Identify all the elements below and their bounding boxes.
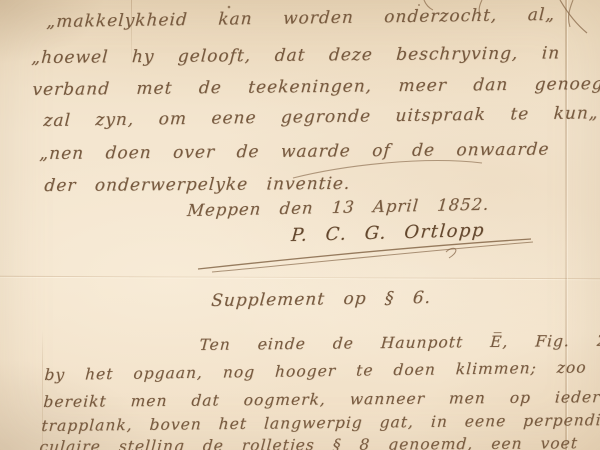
body-line-6: der onderwerpelyke inventie. — [44, 174, 351, 196]
signature: P. C. G. Ortlopp — [290, 220, 485, 246]
supplement-line-5: culaire stelling de rolletjes § 8 genoem… — [39, 434, 579, 450]
section-heading: Supplement op § 6. — [211, 288, 432, 311]
body-line-3: verband met de teekeningen, meer dan gen… — [32, 74, 600, 100]
supplement-line-1: Ten einde de Haunpott E̅, Fig. 2 — [199, 332, 600, 354]
body-line-1: „makkelykheid kan worden onderzocht, al„ — [46, 5, 556, 32]
body-line-4: zal zyn, om eene gegronde uitspraak te k… — [43, 103, 599, 131]
body-line-2: „hoewel hy gelooft, dat deze beschryving… — [31, 43, 561, 68]
supplement-line-3: bereikt men dat oogmerk, wanneer men op … — [43, 388, 600, 411]
body-line-5: „nen doen over de waarde of de onwaarde — [39, 140, 550, 164]
supplement-line-4: trapplank, boven het langwerpig gat, in … — [41, 411, 600, 435]
right-fold-crease — [565, 0, 567, 450]
dateline: Meppen den 13 April 1852. — [186, 195, 490, 220]
supplement-line-2: by het opgaan, nog hooger te doen klimme… — [44, 358, 587, 384]
horizontal-fold-crease — [0, 276, 600, 280]
manuscript-page: „makkelykheid kan worden onderzocht, al„… — [0, 0, 600, 450]
